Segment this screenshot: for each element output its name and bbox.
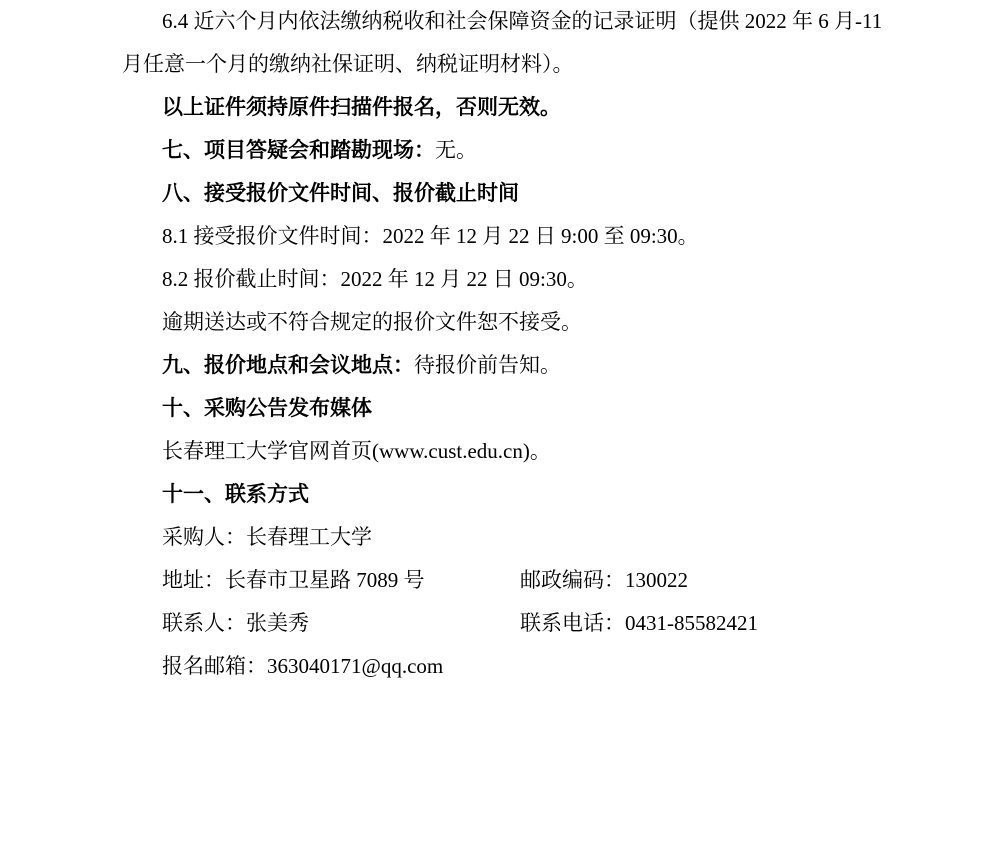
contact-address: 地址：长春市卫星路 7089 号 <box>162 568 425 592</box>
section-7-heading-row: 七、项目答疑会和踏勘现场：无。 <box>122 129 886 172</box>
contact-person-row: 联系人：张美秀 联系电话：0431-85582421 <box>122 602 886 645</box>
section-10-heading: 十、采购公告发布媒体 <box>122 387 886 430</box>
contact-phone: 联系电话：0431-85582421 <box>480 602 758 645</box>
section-9-heading-row: 九、报价地点和会议地点：待报价前告知。 <box>122 344 886 387</box>
section-7-value: 无。 <box>435 138 477 162</box>
contact-person: 联系人：张美秀 <box>162 611 309 635</box>
clause-8-1: 8.1 接受报价文件时间：2022 年 12 月 22 日 9:00 至 09:… <box>122 215 886 258</box>
clause-6-4-line1: 6.4 近六个月内依法缴纳税收和社会保障资金的记录证明（提供 2022 年 6 … <box>122 0 886 43</box>
contact-address-row: 地址：长春市卫星路 7089 号 邮政编码：130022 <box>122 559 886 602</box>
contact-purchaser: 采购人：长春理工大学 <box>122 516 886 559</box>
section-9-heading: 九、报价地点和会议地点： <box>162 354 414 377</box>
clause-8-note: 逾期送达或不符合规定的报价文件恕不接受。 <box>122 301 886 344</box>
publish-media-text: 长春理工大学官网首页(www.cust.edu.cn)。 <box>122 430 886 473</box>
section-11-heading: 十一、联系方式 <box>122 473 886 516</box>
contact-postcode: 邮政编码：130022 <box>480 559 688 602</box>
contact-email: 报名邮箱：363040171@qq.com <box>122 645 886 688</box>
section-8-heading: 八、接受报价文件时间、报价截止时间 <box>122 172 886 215</box>
clause-6-4-line2: 月任意一个月的缴纳社保证明、纳税证明材料）。 <box>122 43 886 86</box>
document-page: 6.4 近六个月内依法缴纳税收和社会保障资金的记录证明（提供 2022 年 6 … <box>0 0 996 844</box>
section-7-heading: 七、项目答疑会和踏勘现场： <box>162 139 435 162</box>
section-9-value: 待报价前告知。 <box>414 353 561 377</box>
clause-8-2: 8.2 报价截止时间：2022 年 12 月 22 日 09:30。 <box>122 258 886 301</box>
notice-original-required: 以上证件须持原件扫描件报名，否则无效。 <box>122 86 886 129</box>
